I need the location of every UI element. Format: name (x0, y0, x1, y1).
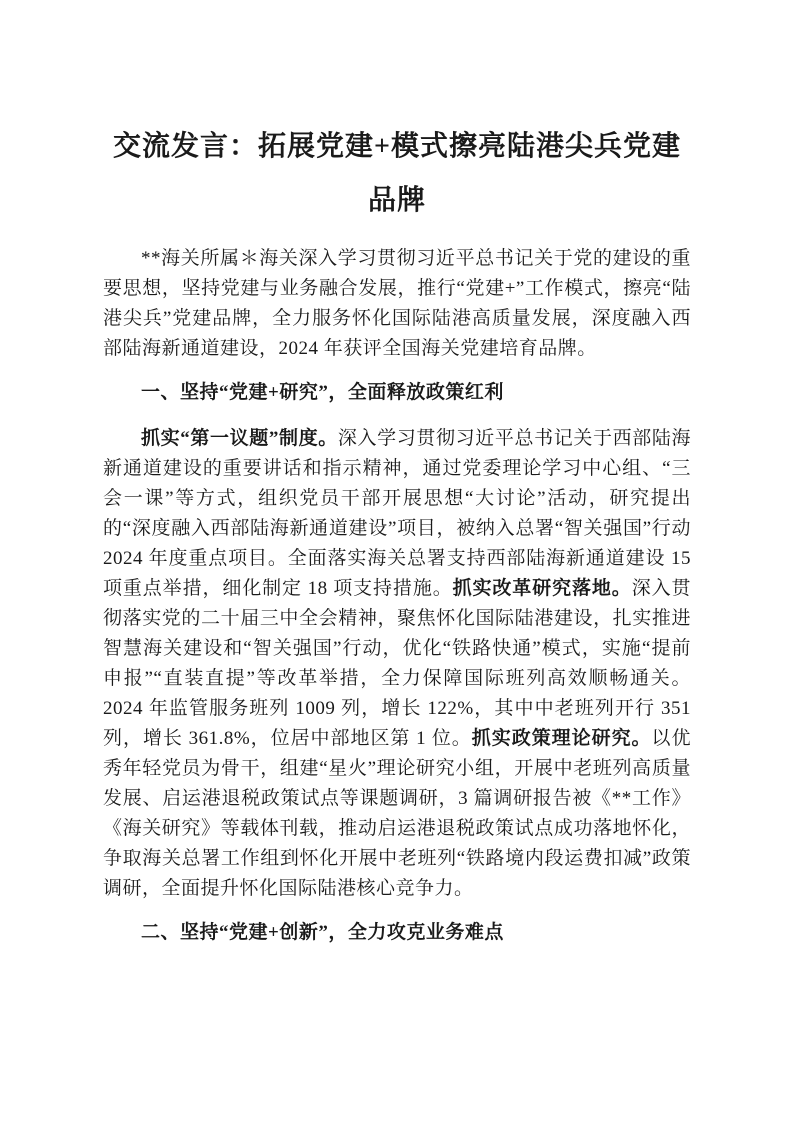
text-run: **海关所属＊海关深入学习贯彻习近平总书记关于党的建设的重要思想，坚持党建与业务… (103, 248, 691, 359)
bold-text-run: 一、坚持“党建+研究”，全面释放政策红利 (141, 382, 504, 403)
paragraph: 抓实“第一议题”制度。深入学习贯彻习近平总书记关于西部陆海新通道建设的重要讲话和… (103, 424, 691, 904)
bold-text-run: 抓实“第一议题”制度。 (141, 428, 338, 449)
bold-text-run: 二、坚持“党建+创新”，全力攻克业务难点 (141, 922, 504, 943)
section-heading: 一、坚持“党建+研究”，全面释放政策红利 (103, 378, 691, 408)
paragraph: **海关所属＊海关深入学习贯彻习近平总书记关于党的建设的重要思想，坚持党建与业务… (103, 244, 691, 364)
document-body: **海关所属＊海关深入学习贯彻习近平总书记关于党的建设的重要思想，坚持党建与业务… (103, 244, 691, 948)
document-title-line-1: 交流发言：拓展党建+模式擦亮陆港尖兵党建 (103, 120, 691, 174)
text-run: 深入学习贯彻习近平总书记关于西部陆海新通道建设的重要讲话和指示精神，通过党委理论… (103, 428, 691, 599)
section-heading: 二、坚持“党建+创新”，全力攻克业务难点 (103, 918, 691, 948)
text-run: 深入贯彻落实党的二十届三中全会精神，聚焦怀化国际陆港建设，扎实推进智慧海关建设和… (103, 578, 691, 749)
document-title-line-2: 品牌 (103, 174, 691, 228)
bold-text-run: 抓实改革研究落地。 (453, 578, 632, 599)
bold-text-run: 抓实政策理论研究。 (472, 728, 652, 749)
text-run: 以优秀年轻党员为骨干，组建“星火”理论研究小组，开展中老班列高质量发展、启运港退… (103, 728, 691, 899)
document-title: 交流发言：拓展党建+模式擦亮陆港尖兵党建 品牌 (103, 120, 691, 228)
document-page: 交流发言：拓展党建+模式擦亮陆港尖兵党建 品牌 **海关所属＊海关深入学习贯彻习… (103, 120, 691, 964)
